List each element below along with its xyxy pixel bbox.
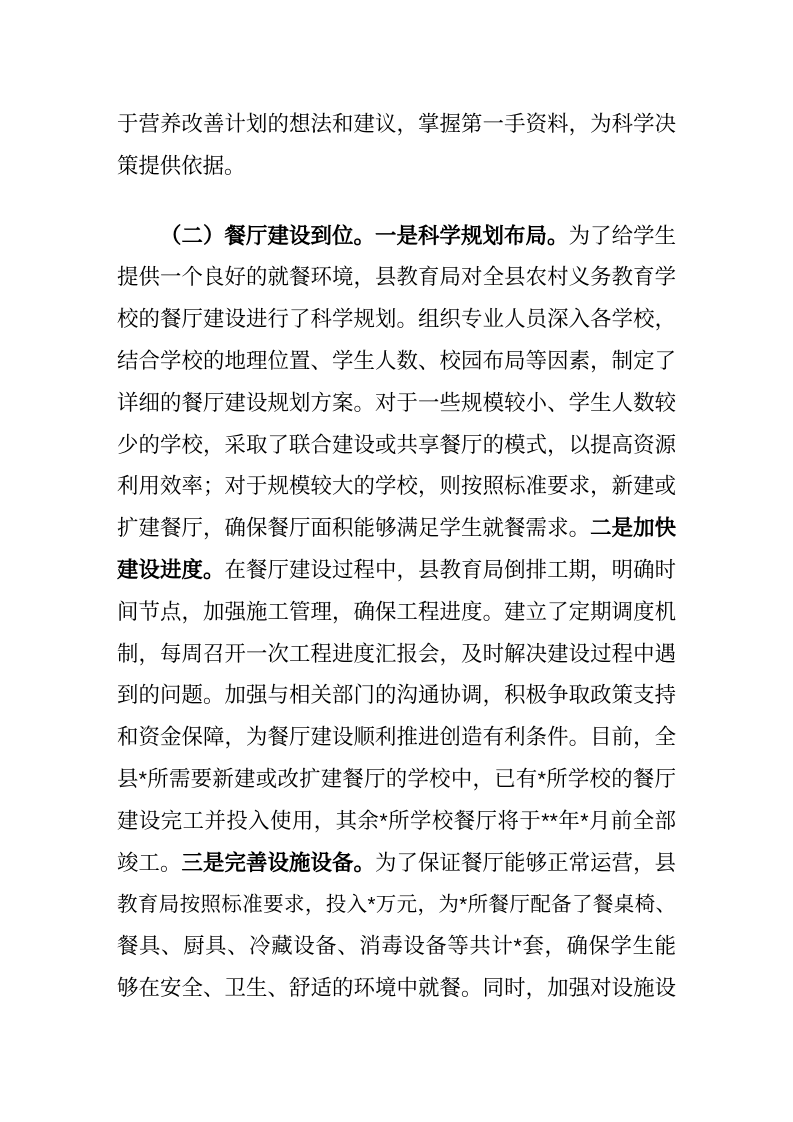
text-line: 策提供依据。 xyxy=(117,146,676,188)
text-line: 建设完工并投入使用，其余*所学校餐厅将于**年*月前全部 xyxy=(117,801,676,843)
text-run: 利用效率；对于规模较大的学校，则按照标准要求，新建或 xyxy=(117,474,676,498)
text-run: 为了给学生 xyxy=(569,224,676,248)
text-line: 和资金保障，为餐厅建设顺利推进创造有利条件。目前，全 xyxy=(117,717,676,759)
text-line: 餐具、厨具、冷藏设备、消毒设备等共计*套，确保学生能 xyxy=(117,926,676,968)
text-run: 到的问题。加强与相关部门的沟通协调，积极争取政策支持 xyxy=(117,683,676,707)
document-page: 于营养改善计划的想法和建议，掌握第一手资料，为科学决策提供依据。（二）餐厅建设到… xyxy=(0,0,793,1122)
text-run: 校的餐厅建设进行了科学规划。组织专业人员深入各学校， xyxy=(117,307,676,331)
bold-text-run: 建设进度。 xyxy=(117,558,225,582)
text-line: 建设进度。在餐厅建设过程中，县教育局倒排工期，明确时 xyxy=(117,550,676,592)
text-line: 教育局按照标准要求，投入*万元，为*所餐厅配备了餐桌椅、 xyxy=(117,884,676,926)
bold-text-run: （二）餐厅建设到位。一是科学规划布局。 xyxy=(160,224,569,248)
text-line: 少的学校，采取了联合建设或共享餐厅的模式，以提高资源 xyxy=(117,425,676,467)
paragraph-continuation: 于营养改善计划的想法和建议，掌握第一手资料，为科学决策提供依据。 xyxy=(117,104,676,188)
paragraph-section-two: （二）餐厅建设到位。一是科学规划布局。为了给学生提供一个良好的就餐环境，县教育局… xyxy=(117,216,676,1010)
text-run: 竣工。 xyxy=(117,851,182,875)
text-run: 在餐厅建设过程中，县教育局倒排工期，明确时 xyxy=(225,558,676,582)
text-run: 于营养改善计划的想法和建议，掌握第一手资料，为科学决 xyxy=(117,112,676,136)
text-run: 够在安全、卫生、舒适的环境中就餐。同时，加强对设施设 xyxy=(117,976,676,1000)
document-body: 于营养改善计划的想法和建议，掌握第一手资料，为科学决策提供依据。（二）餐厅建设到… xyxy=(117,104,676,1010)
text-run: 详细的餐厅建设规划方案。对于一些规模较小、学生人数较 xyxy=(117,391,676,415)
text-run: 制，每周召开一次工程进度汇报会，及时解决建设过程中遇 xyxy=(117,642,676,666)
bold-text-run: 二是加快 xyxy=(590,516,676,540)
text-line: 到的问题。加强与相关部门的沟通协调，积极争取政策支持 xyxy=(117,675,676,717)
text-run: 结合学校的地理位置、学生人数、校园布局等因素，制定了 xyxy=(117,349,676,373)
text-line: 够在安全、卫生、舒适的环境中就餐。同时，加强对设施设 xyxy=(117,968,676,1010)
text-run: 建设完工并投入使用，其余*所学校餐厅将于**年*月前全部 xyxy=(117,809,676,833)
text-run: 为了保证餐厅能够正常运营，县 xyxy=(375,851,676,875)
text-line: 于营养改善计划的想法和建议，掌握第一手资料，为科学决 xyxy=(117,104,676,146)
text-run: 教育局按照标准要求，投入*万元，为*所餐厅配备了餐桌椅、 xyxy=(117,893,676,916)
text-line: 校的餐厅建设进行了科学规划。组织专业人员深入各学校， xyxy=(117,299,676,341)
text-run: 扩建餐厅，确保餐厅面积能够满足学生就餐需求。 xyxy=(117,516,590,540)
text-line: 制，每周召开一次工程进度汇报会，及时解决建设过程中遇 xyxy=(117,634,676,676)
text-run: 提供一个良好的就餐环境，县教育局对全县农村义务教育学 xyxy=(117,265,676,289)
text-line: 竣工。三是完善设施设备。为了保证餐厅能够正常运营，县 xyxy=(117,843,676,885)
text-line: 提供一个良好的就餐环境，县教育局对全县农村义务教育学 xyxy=(117,257,676,299)
text-line: （二）餐厅建设到位。一是科学规划布局。为了给学生 xyxy=(117,216,676,258)
text-run: 和资金保障，为餐厅建设顺利推进创造有利条件。目前，全 xyxy=(117,725,676,749)
text-run: 县*所需要新建或改扩建餐厅的学校中，已有*所学校的餐厅 xyxy=(117,767,676,791)
text-line: 间节点，加强施工管理，确保工程进度。建立了定期调度机 xyxy=(117,592,676,634)
text-run: 餐具、厨具、冷藏设备、消毒设备等共计*套，确保学生能 xyxy=(117,934,676,958)
text-run: 策提供依据。 xyxy=(117,154,245,178)
text-run: 少的学校，采取了联合建设或共享餐厅的模式，以提高资源 xyxy=(117,433,676,457)
text-line: 利用效率；对于规模较大的学校，则按照标准要求，新建或 xyxy=(117,466,676,508)
text-line: 扩建餐厅，确保餐厅面积能够满足学生就餐需求。二是加快 xyxy=(117,508,676,550)
text-run: 间节点，加强施工管理，确保工程进度。建立了定期调度机 xyxy=(117,600,676,624)
text-line: 县*所需要新建或改扩建餐厅的学校中，已有*所学校的餐厅 xyxy=(117,759,676,801)
text-line: 结合学校的地理位置、学生人数、校园布局等因素，制定了 xyxy=(117,341,676,383)
bold-text-run: 三是完善设施设备。 xyxy=(182,851,376,875)
text-line: 详细的餐厅建设规划方案。对于一些规模较小、学生人数较 xyxy=(117,383,676,425)
